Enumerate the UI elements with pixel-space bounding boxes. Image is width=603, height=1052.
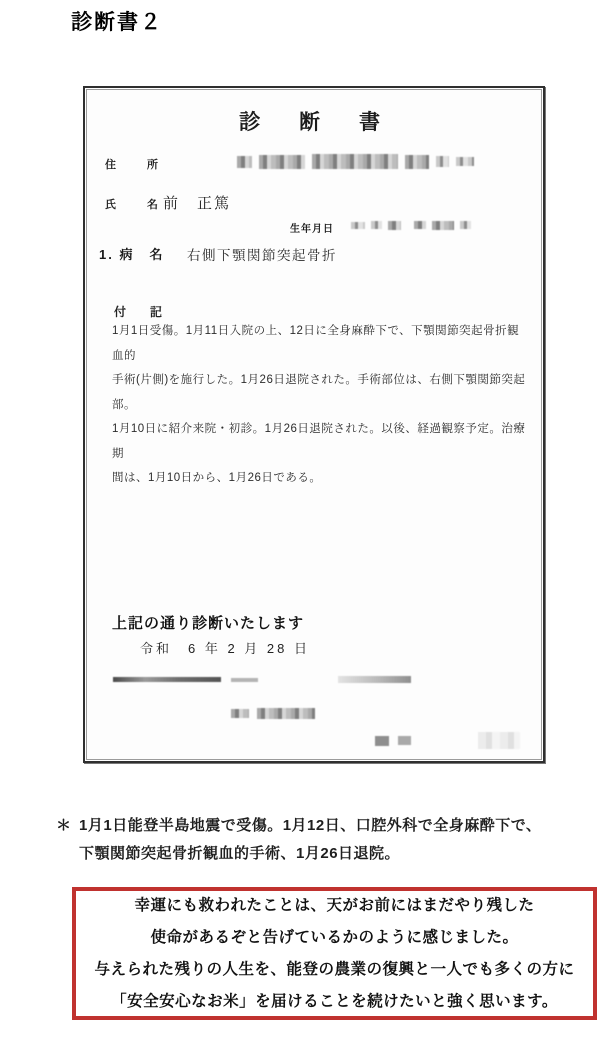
page: { "page": { "title": "診断書２" }, "document… [0, 0, 603, 1052]
notes-label: 付 記 [114, 303, 168, 320]
address-redacted [237, 154, 474, 169]
redaction-block [237, 156, 252, 168]
redaction-block [312, 154, 398, 169]
page-title: 診断書２ [71, 6, 163, 36]
footnote-marker: ＊ [56, 812, 71, 868]
redaction-block [460, 221, 471, 229]
document-title: 診 断 書 [85, 106, 543, 136]
disease-label: 1. 病 名 [99, 244, 164, 263]
name-label: 氏 名 [105, 196, 168, 212]
stamp-redacted [398, 736, 411, 745]
document-date: 令和 6 年 2 月 28 日 [140, 638, 310, 657]
signature-redacted [338, 676, 411, 683]
signature-redacted [231, 678, 258, 682]
message-text: 幸運にも救われたことは、天がお前にはまだやり残した 使命があるぞと告げているかの… [94, 890, 574, 1018]
signature-redacted [113, 677, 221, 682]
redaction-block [432, 221, 454, 230]
stamp-redacted [231, 709, 249, 718]
stamp-redacted [257, 708, 315, 719]
redaction-block [388, 221, 401, 230]
redaction-block [456, 157, 474, 166]
name-value: 前 正篤 [163, 192, 231, 213]
birthdate-redacted [351, 221, 471, 229]
redaction-block [436, 156, 449, 167]
disease-value: 右側下顎関節突起骨折 [187, 244, 337, 264]
footnote-text: 1月1日能登半島地震で受傷。1月12日、口腔外科で全身麻酔下で、 下顎関節突起骨… [79, 812, 541, 868]
redaction-block [351, 222, 365, 229]
message-box: 幸運にも救われたことは、天がお前にはまだやり残した 使命があるぞと告げているかの… [72, 887, 597, 1020]
notes-body: 1月1日受傷。1月11日入院の上、12日に全身麻酔下で、下顎関節突起骨折観血的 … [112, 319, 530, 491]
redaction-block [371, 221, 382, 229]
stamp-redacted [375, 736, 389, 746]
redaction-block [259, 155, 305, 169]
footnote: ＊ 1月1日能登半島地震で受傷。1月12日、口腔外科で全身麻酔下で、 下顎関節突… [56, 812, 556, 868]
seal-redacted [478, 732, 520, 749]
redaction-block [414, 221, 426, 229]
address-label: 住 所 [105, 156, 168, 172]
birthdate-label: 生年月日 [290, 220, 334, 235]
attestation-line: 上記の通り診断いたします [112, 612, 304, 633]
scanned-document: 診 断 書 住 所 氏 名 前 正篤 生年月日 1. 病 名 右側下顎関節突起骨… [83, 86, 545, 763]
redaction-block [405, 155, 429, 169]
